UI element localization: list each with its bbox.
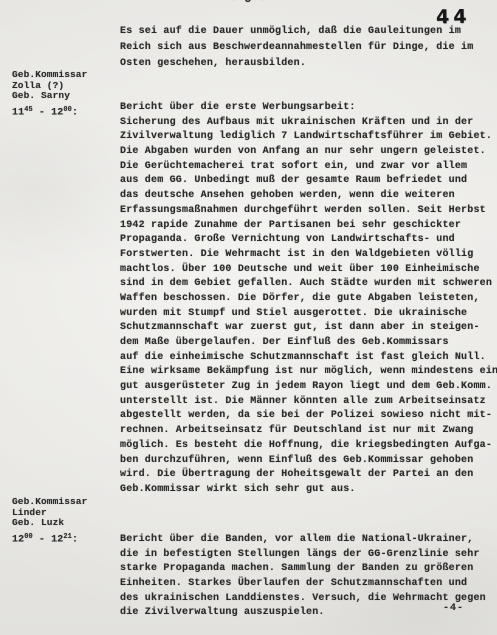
text-line: aus dem GG. Unbedingt muß der gesamte Ra… — [120, 174, 497, 189]
text-line: Geb.Kommissar — [12, 497, 87, 508]
text-line: die Zivilverwaltung auszuspielen. — [120, 606, 486, 621]
time-start-hour: 11 — [12, 107, 24, 118]
text-line: das deutsche Ansehen gehoben werden, wen… — [120, 189, 497, 204]
text-line: 1942 rapide Zunahme der Partisanen bei s… — [120, 219, 497, 234]
time-separator: - — [33, 107, 51, 118]
session-time-luzk: 1200 - 1221: — [12, 533, 87, 546]
text-line: des ukrainischen Landdienstes. Versuch, … — [120, 592, 486, 607]
time-start-minutes: 45 — [24, 106, 33, 114]
text-line: Bericht über die erste Werbungsarbeit: — [120, 101, 497, 116]
report-sarny-body: Bericht über die erste Werbungsarbeit:Si… — [120, 101, 497, 498]
margin-note-geb-kommissar-luzk: Geb.KommissarLinderGeb. Luzk 1200 - 1221… — [12, 497, 87, 545]
text-line: ben durchzuführen, wenn Einfluß des Geb.… — [120, 454, 497, 469]
text-line: Waffen beschossen. Die Dörfer, die gute … — [120, 292, 497, 307]
text-line: Propaganda. Große Vernichtung von Landwi… — [120, 233, 497, 248]
time-suffix: : — [72, 534, 78, 545]
page-header-number: - 5 - — [0, 0, 497, 6]
text-line: starke Propaganda machen. Sammlung der B… — [120, 562, 486, 577]
session-time-sarny: 1145 - 1200: — [12, 106, 87, 119]
text-line: Erfassungsmaßnahmen durchgeführt werden … — [120, 204, 497, 219]
margin-note-geb-kommissar-sarny: Geb.KommissarZolla (?)Geb. Sarny 1145 - … — [12, 70, 87, 118]
time-start-minutes: 00 — [24, 533, 33, 541]
text-line: Zivilverwaltung lediglich 7 Landwirtscha… — [120, 130, 497, 145]
scanned-document-page: - 5 - 44 Es sei auf die Dauer unmöglich,… — [0, 0, 497, 635]
text-line: Die Gerüchtemacherei trat sofort ein, un… — [120, 160, 497, 175]
text-line: möglich. Es besteht die Hoffnung, die kr… — [120, 439, 497, 454]
text-line: wird. Die Übertragung der Hoheitsgewalt … — [120, 468, 497, 483]
report-luzk-body: Bericht über die Banden, vor allem die N… — [120, 533, 486, 621]
text-line: Geb. Luzk — [12, 518, 87, 529]
text-line: Es sei auf die Dauer unmöglich, daß die … — [120, 24, 473, 40]
time-end-hour: 12 — [51, 107, 63, 118]
time-end-hour: 12 — [51, 534, 63, 545]
text-line: Geb. Sarny — [12, 91, 87, 102]
text-line: Sicherung des Aufbaus mit ukrainischen K… — [120, 116, 497, 131]
time-end-minutes: 00 — [63, 106, 72, 114]
footer-page-marker: -4- — [443, 603, 464, 614]
text-line: machtlos. Über 100 Deutsche und weit übe… — [120, 263, 497, 278]
text-line: Schutzmannschaft war zuerst gut, ist dan… — [120, 321, 497, 336]
margin-note-label-luzk: Geb.KommissarLinderGeb. Luzk — [12, 497, 87, 529]
text-line: wurden mit Stumpf und Stiel ausgerottet.… — [120, 307, 497, 322]
intro-paragraph: Es sei auf die Dauer unmöglich, daß die … — [120, 24, 473, 71]
text-line: Geb.Kommissar — [12, 70, 87, 81]
time-start-hour: 12 — [12, 534, 24, 545]
text-line: abgestellt werden, da sie bei der Polize… — [120, 409, 497, 424]
text-line: die in befestigten Stellungen längs der … — [120, 548, 486, 563]
text-line: gut ausgerüsteter Zug in jedem Rayon lie… — [120, 380, 497, 395]
text-line: Forstwerten. Die Wehrmacht ist in den Wa… — [120, 248, 497, 263]
text-line: Reich sich aus Beschwerdeannahmestellen … — [120, 40, 473, 56]
time-end-minutes: 21 — [63, 533, 72, 541]
text-line: unterstellt ist. Die Männer könnten alle… — [120, 395, 497, 410]
text-line: Osten geschehen, herausbilden. — [120, 56, 473, 72]
text-line: Einheiten. Starkes Überlaufen der Schutz… — [120, 577, 486, 592]
text-line: Bericht über die Banden, vor allem die N… — [120, 533, 486, 548]
text-line: auf die einheimische Schutzmannschaft is… — [120, 351, 497, 366]
text-line: dem Maße übergelaufen. Der Einfluß des G… — [120, 336, 497, 351]
text-line: Eine wirksame Bekämpfung ist nur möglich… — [120, 365, 497, 380]
margin-note-label-sarny: Geb.KommissarZolla (?)Geb. Sarny — [12, 70, 87, 102]
time-suffix: : — [72, 107, 78, 118]
time-separator: - — [33, 534, 51, 545]
text-line: Geb.Kommissar wirkt sich sehr gut aus. — [120, 483, 497, 498]
text-line: Die Abgaben wurden von Anfang an nur seh… — [120, 145, 497, 160]
text-line: sind in dem Gebiet gefallen. Auch Städte… — [120, 277, 497, 292]
text-line: rechnen. Arbeitseinsatz für Deutschland … — [120, 424, 497, 439]
